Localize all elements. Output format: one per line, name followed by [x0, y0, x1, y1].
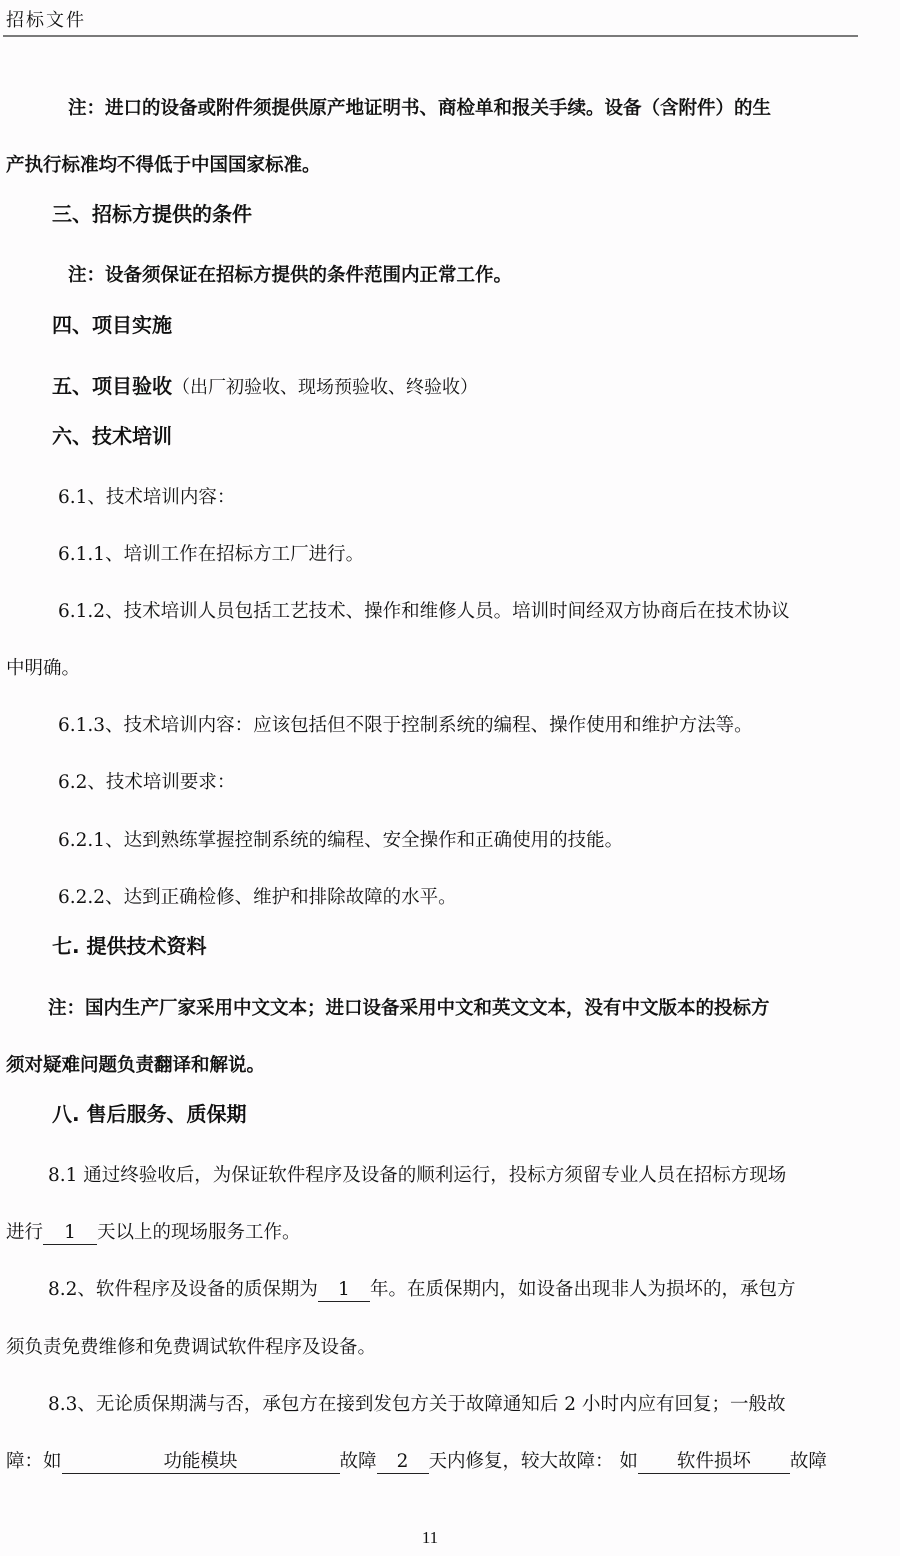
section3-note: 注：设备须保证在招标方提供的条件范围内正常工作。 [68, 264, 512, 288]
item-8-3-line2: 障：如功能模块故障2天内修复，较大故障： 如软件损坏故障 [6, 1450, 827, 1474]
section5-subtitle: （出厂初验收、现场预验收、终验收） [172, 377, 478, 398]
item-8-3-d: 故障 [790, 1451, 827, 1472]
item-6-1: 6.1、技术培训内容： [58, 486, 235, 510]
section3-heading: 三、招标方提供的条件 [52, 202, 252, 226]
item-6-2-2: 6.2.2、达到正确检修、维护和排除故障的水平。 [58, 886, 457, 910]
section5-heading-row: 五、项目验收（出厂初验收、现场预验收、终验收） [52, 374, 478, 400]
item-8-3-a: 障：如 [6, 1451, 62, 1472]
item-8-1-post: 天以上的现场服务工作。 [97, 1222, 301, 1243]
item-6-1-1: 6.1.1、培训工作在招标方工厂进行。 [58, 543, 364, 567]
item-6-2: 6.2、技术培训要求： [58, 771, 235, 795]
section7-note-line1: 注：国内生产厂家采用中文文本；进口设备采用中文和英文文本，没有中文版本的投标方 [48, 997, 770, 1021]
section6-heading: 六、技术培训 [52, 424, 172, 448]
item-8-3-line1: 8.3、无论质保期满与否，承包方在接到发包方关于故障通知后 2 小时内应有回复；… [48, 1393, 785, 1417]
header-divider [3, 35, 858, 37]
item-8-2-pre: 8.2、软件程序及设备的质保期为 [48, 1279, 318, 1300]
minor-fault-days-blank: 2 [377, 1451, 429, 1474]
section4-heading: 四、项目实施 [52, 313, 172, 337]
warranty-years-blank: 1 [318, 1279, 370, 1302]
section7-note-line2: 须对疑难问题负责翻译和解说。 [6, 1054, 265, 1078]
item-8-1-pre: 进行 [6, 1222, 43, 1243]
item-6-2-1: 6.2.1、达到熟练掌握控制系统的编程、安全操作和正确使用的技能。 [58, 829, 623, 853]
section7-heading: 七. 提供技术资料 [52, 934, 207, 958]
item-8-1-line2: 进行1天以上的现场服务工作。 [6, 1221, 301, 1245]
section5-heading: 五、项目验收 [52, 374, 172, 398]
item-6-1-3: 6.1.3、技术培训内容：应该包括但不限于控制系统的编程、操作使用和维护方法等。 [58, 714, 753, 738]
item-8-2-line2: 须负责免费维修和免费调试软件程序及设备。 [6, 1336, 376, 1360]
header-title: 招标文件 [6, 6, 86, 32]
note-import-line1: 注：进口的设备或附件须提供原产地证明书、商检单和报关手续。设备（含附件）的生 [68, 97, 771, 121]
item-8-2-post: 年。在质保期内，如设备出现非人为损坏的，承包方 [370, 1279, 796, 1300]
item-8-3-c: 天内修复，较大故障： 如 [429, 1451, 638, 1472]
item-8-2-line1: 8.2、软件程序及设备的质保期为1年。在质保期内，如设备出现非人为损坏的，承包方 [48, 1278, 795, 1302]
item-6-1-2-line1: 6.1.2、技术培训人员包括工艺技术、操作和维修人员。培训时间经双方协商后在技术… [58, 600, 790, 624]
page-number: 11 [0, 1528, 860, 1548]
item-8-1-line1: 8.1 通过终验收后，为保证软件程序及设备的顺利运行，投标方须留专业人员在招标方… [48, 1164, 786, 1188]
section8-heading: 八. 售后服务、质保期 [52, 1102, 247, 1126]
major-fault-type-blank: 软件损坏 [638, 1451, 790, 1474]
minor-fault-type-blank: 功能模块 [62, 1451, 340, 1474]
note-import-line2: 产执行标准均不得低于中国国家标准。 [6, 154, 321, 178]
item-8-3-b: 故障 [340, 1451, 377, 1472]
service-days-blank: 1 [43, 1222, 97, 1245]
item-6-1-2-line2: 中明确。 [6, 657, 80, 681]
